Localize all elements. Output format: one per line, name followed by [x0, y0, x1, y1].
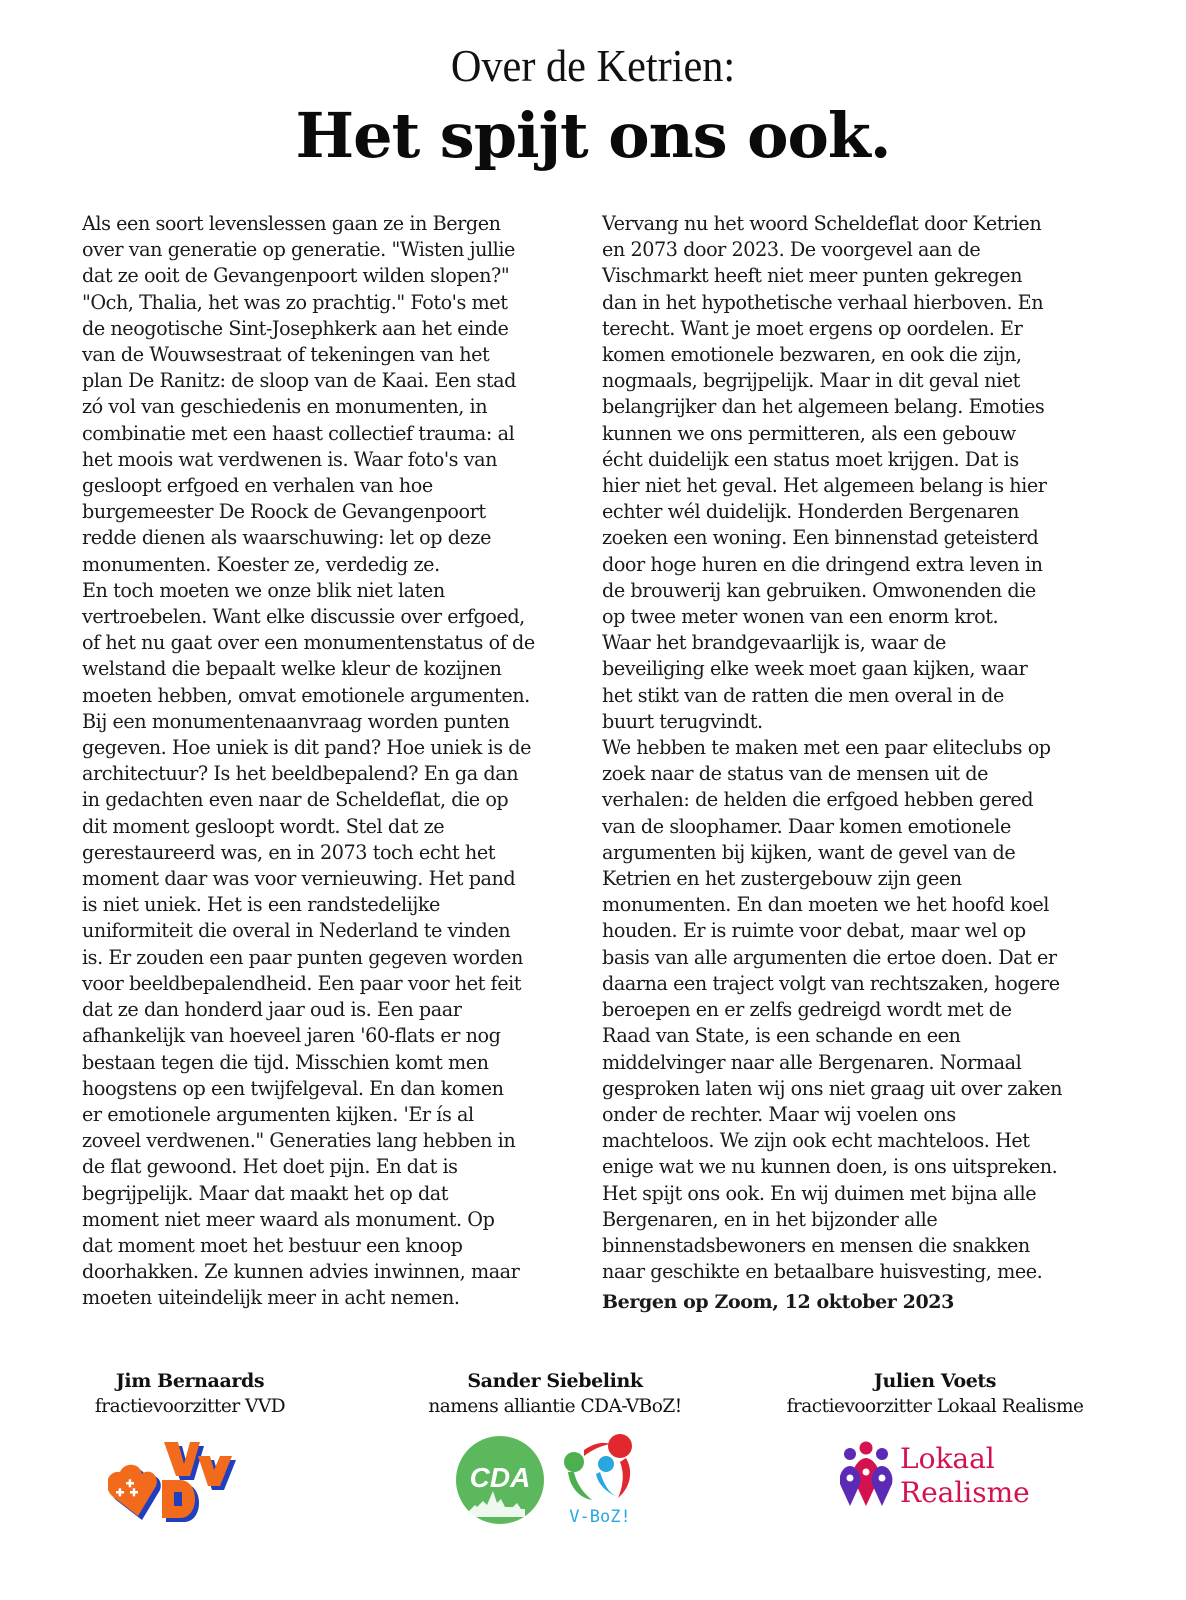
article-line: daarna een traject volgt van rechtszaken…	[602, 971, 1102, 997]
place-date: Bergen op Zoom, 12 oktober 2023	[602, 1289, 1102, 1315]
article-line: er emotionele argumenten kijken. 'Er ís …	[82, 1102, 582, 1128]
signatory-role: fractievoorzitter Lokaal Realisme	[750, 1394, 1120, 1420]
article-line: burgemeester De Roock de Gevangenpoort	[82, 499, 582, 525]
article-line: de flat gewoond. Het doet pijn. En dat i…	[82, 1154, 582, 1180]
article-line: door hoge huren en die dringend extra le…	[602, 552, 1102, 578]
article-line: dat ze ooit de Gevangenpoort wilden slop…	[82, 263, 582, 289]
article-line: in gedachten even naar de Scheldeflat, d…	[82, 787, 582, 813]
article-line: echter wél duidelijk. Honderden Bergenar…	[602, 499, 1102, 525]
article-line: bestaan tegen die tijd. Misschien komt m…	[82, 1050, 582, 1076]
article-line: doorhakken. Ze kunnen advies inwinnen, m…	[82, 1259, 582, 1285]
article-line: naar geschikte en betaalbare huisvesting…	[602, 1259, 1102, 1285]
article-line: Raad van State, is een schande en een	[602, 1023, 1102, 1049]
article-line: zoveel verdwenen." Generaties lang hebbe…	[82, 1128, 582, 1154]
signatory-cda-vboz: Sander Siebelink namens alliantie CDA-VB…	[395, 1368, 715, 1420]
header: Over de Ketrien: Het spijt ons ook.	[0, 38, 1186, 176]
article-line: buurt terugvindt.	[602, 709, 1102, 735]
article-line: is niet uniek. Het is een randstedelijke	[82, 892, 582, 918]
signatory-name: Sander Siebelink	[395, 1368, 715, 1394]
article-line: het moois wat verdwenen is. Waar foto's …	[82, 447, 582, 473]
lokaal-realisme-logo-icon: Lokaal Realisme	[840, 1440, 1050, 1508]
article-line: komen emotionele bezwaren, en ook die zi…	[602, 342, 1102, 368]
page-title: Het spijt ons ook.	[0, 96, 1186, 176]
article-line: kunnen we ons permitteren, als een gebou…	[602, 421, 1102, 447]
article-line: argumenten bij kijken, want de gevel van…	[602, 840, 1102, 866]
article-line: houden. Er is ruimte voor debat, maar we…	[602, 918, 1102, 944]
article-line: dat ze dan honderd jaar oud is. Een paar	[82, 997, 582, 1023]
article-line: vertroebelen. Want elke discussie over e…	[82, 604, 582, 630]
article-line: is. Er zouden een paar punten gegeven wo…	[82, 945, 582, 971]
article-line: moment daar was voor vernieuwing. Het pa…	[82, 866, 582, 892]
article-line: Vischmarkt heeft niet meer punten gekreg…	[602, 263, 1102, 289]
article-line: de brouwerij kan gebruiken. Omwonenden d…	[602, 578, 1102, 604]
article-line: combinatie met een haast collectief trau…	[82, 421, 582, 447]
signatory-role: namens alliantie CDA-VBoZ!	[395, 1394, 715, 1420]
signatory-name: Julien Voets	[750, 1368, 1120, 1394]
article-line: machteloos. We zijn ook echt machteloos.…	[602, 1128, 1102, 1154]
article-line: enige wat we nu kunnen doen, is ons uits…	[602, 1154, 1102, 1180]
signatory-name: Jim Bernaards	[60, 1368, 320, 1394]
article-line: beveiliging elke week moet gaan kijken, …	[602, 656, 1102, 682]
article-line: terecht. Want je moet ergens op oordelen…	[602, 316, 1102, 342]
article-line: verhalen: de helden die erfgoed hebben g…	[602, 787, 1102, 813]
article-line: belangrijker dan het algemeen belang. Em…	[602, 394, 1102, 420]
article-line: Waar het brandgevaarlijk is, waar de	[602, 630, 1102, 656]
article-line: gesloopt erfgoed en verhalen van hoe	[82, 473, 582, 499]
article-line: Ketrien en het zustergebouw zijn geen	[602, 866, 1102, 892]
article-line: de neogotische Sint-Josephkerk aan het e…	[82, 316, 582, 342]
article-line: onder de rechter. Maar wij voelen ons	[602, 1102, 1102, 1128]
article-line: dan in het hypothetische verhaal hierbov…	[602, 290, 1102, 316]
article-line: binnenstadsbewoners en mensen die snakke…	[602, 1233, 1102, 1259]
article-line: Bij een monumentenaanvraag worden punten	[82, 709, 582, 735]
article-line: Vervang nu het woord Scheldeflat door Ke…	[602, 211, 1102, 237]
article-line: zó vol van geschiedenis en monumenten, i…	[82, 394, 582, 420]
article-line: het stikt van de ratten die men overal i…	[602, 683, 1102, 709]
article-line: redde dienen als waarschuwing: let op de…	[82, 525, 582, 551]
article-line: op twee meter wonen van een enorm krot.	[602, 604, 1102, 630]
article-line: of het nu gaat over een monumentenstatus…	[82, 630, 582, 656]
article-line: gerestaureerd was, en in 2073 toch echt …	[82, 840, 582, 866]
article-line: van de sloophamer. Daar komen emotionele	[602, 814, 1102, 840]
svg-text:Lokaal: Lokaal	[900, 1442, 995, 1475]
article-line: zoeken een woning. Een binnenstad geteis…	[602, 525, 1102, 551]
article-line: van de Wouwsestraat of tekeningen van he…	[82, 342, 582, 368]
article-line: hoogstens op een twijfelgeval. En dan ko…	[82, 1076, 582, 1102]
svg-text:V-BoZ!: V-BoZ!	[569, 1507, 630, 1527]
article-line: gegeven. Hoe uniek is dit pand? Hoe unie…	[82, 735, 582, 761]
article-line: nogmaals, begrijpelijk. Maar in dit geva…	[602, 368, 1102, 394]
signatory-role: fractievoorzitter VVD	[60, 1394, 320, 1420]
page-subtitle: Over de Ketrien:	[47, 38, 1138, 94]
article-line: zoek naar de status van de mensen uit de	[602, 761, 1102, 787]
article-line: middelvinger naar alle Bergenaren. Norma…	[602, 1050, 1102, 1076]
article-line: Als een soort levenslessen gaan ze in Be…	[82, 211, 582, 237]
article-line: dit moment gesloopt wordt. Stel dat ze	[82, 814, 582, 840]
article-line: "Och, Thalia, het was zo prachtig." Foto…	[82, 290, 582, 316]
article-line: beroepen en er zelfs gedreigd wordt met …	[602, 997, 1102, 1023]
article-line: moment niet meer waard als monument. Op	[82, 1207, 582, 1233]
article-line: monumenten. Koester ze, verdedig ze.	[82, 552, 582, 578]
article-line: welstand die bepaalt welke kleur de kozi…	[82, 656, 582, 682]
article-line: basis van alle argumenten die ertoe doen…	[602, 945, 1102, 971]
article-line: voor beeldbepalendheid. Een paar voor he…	[82, 971, 582, 997]
article-line: We hebben te maken met een paar eliteclu…	[602, 735, 1102, 761]
cda-logo-icon: CDA	[455, 1435, 545, 1525]
signatory-vvd: Jim Bernaards fractievoorzitter VVD	[60, 1368, 320, 1420]
article-line: architectuur? Is het beeldbepalend? En g…	[82, 761, 582, 787]
article-line: afhankelijk van hoeveel jaren '60-flats …	[82, 1023, 582, 1049]
vboz-logo-icon: V-BoZ!	[560, 1432, 645, 1528]
article-line: gesproken laten wij ons niet graag uit o…	[602, 1076, 1102, 1102]
article-line: plan De Ranitz: de sloop van de Kaai. Ee…	[82, 368, 582, 394]
article-line: moeten hebben, omvat emotionele argument…	[82, 683, 582, 709]
article-line: over van generatie op generatie. "Wisten…	[82, 237, 582, 263]
article-line: monumenten. En dan moeten we het hoofd k…	[602, 892, 1102, 918]
article-line: begrijpelijk. Maar dat maakt het op dat	[82, 1181, 582, 1207]
article-line: écht duidelijk een status moet krijgen. …	[602, 447, 1102, 473]
signatory-lokaal-realisme: Julien Voets fractievoorzitter Lokaal Re…	[750, 1368, 1120, 1420]
article-line: En toch moeten we onze blik niet laten	[82, 578, 582, 604]
article-line: dat moment moet het bestuur een knoop	[82, 1233, 582, 1259]
article-line: uniformiteit die overal in Nederland te …	[82, 918, 582, 944]
article-line: moeten uiteindelijk meer in acht nemen.	[82, 1285, 582, 1311]
svg-text:CDA: CDA	[470, 1462, 531, 1493]
article-line: Bergenaren, en in het bijzonder alle	[602, 1207, 1102, 1233]
vvd-logo-icon	[108, 1440, 236, 1522]
article-line: hier niet het geval. Het algemeen belang…	[602, 473, 1102, 499]
article-left-column: Als een soort levenslessen gaan ze in Be…	[82, 211, 582, 1312]
article-line: Het spijt ons ook. En wij duimen met bij…	[602, 1181, 1102, 1207]
article-line: en 2073 door 2023. De voorgevel aan de	[602, 237, 1102, 263]
article-right-column: Vervang nu het woord Scheldeflat door Ke…	[602, 211, 1102, 1316]
svg-text:Realisme: Realisme	[900, 1476, 1030, 1508]
